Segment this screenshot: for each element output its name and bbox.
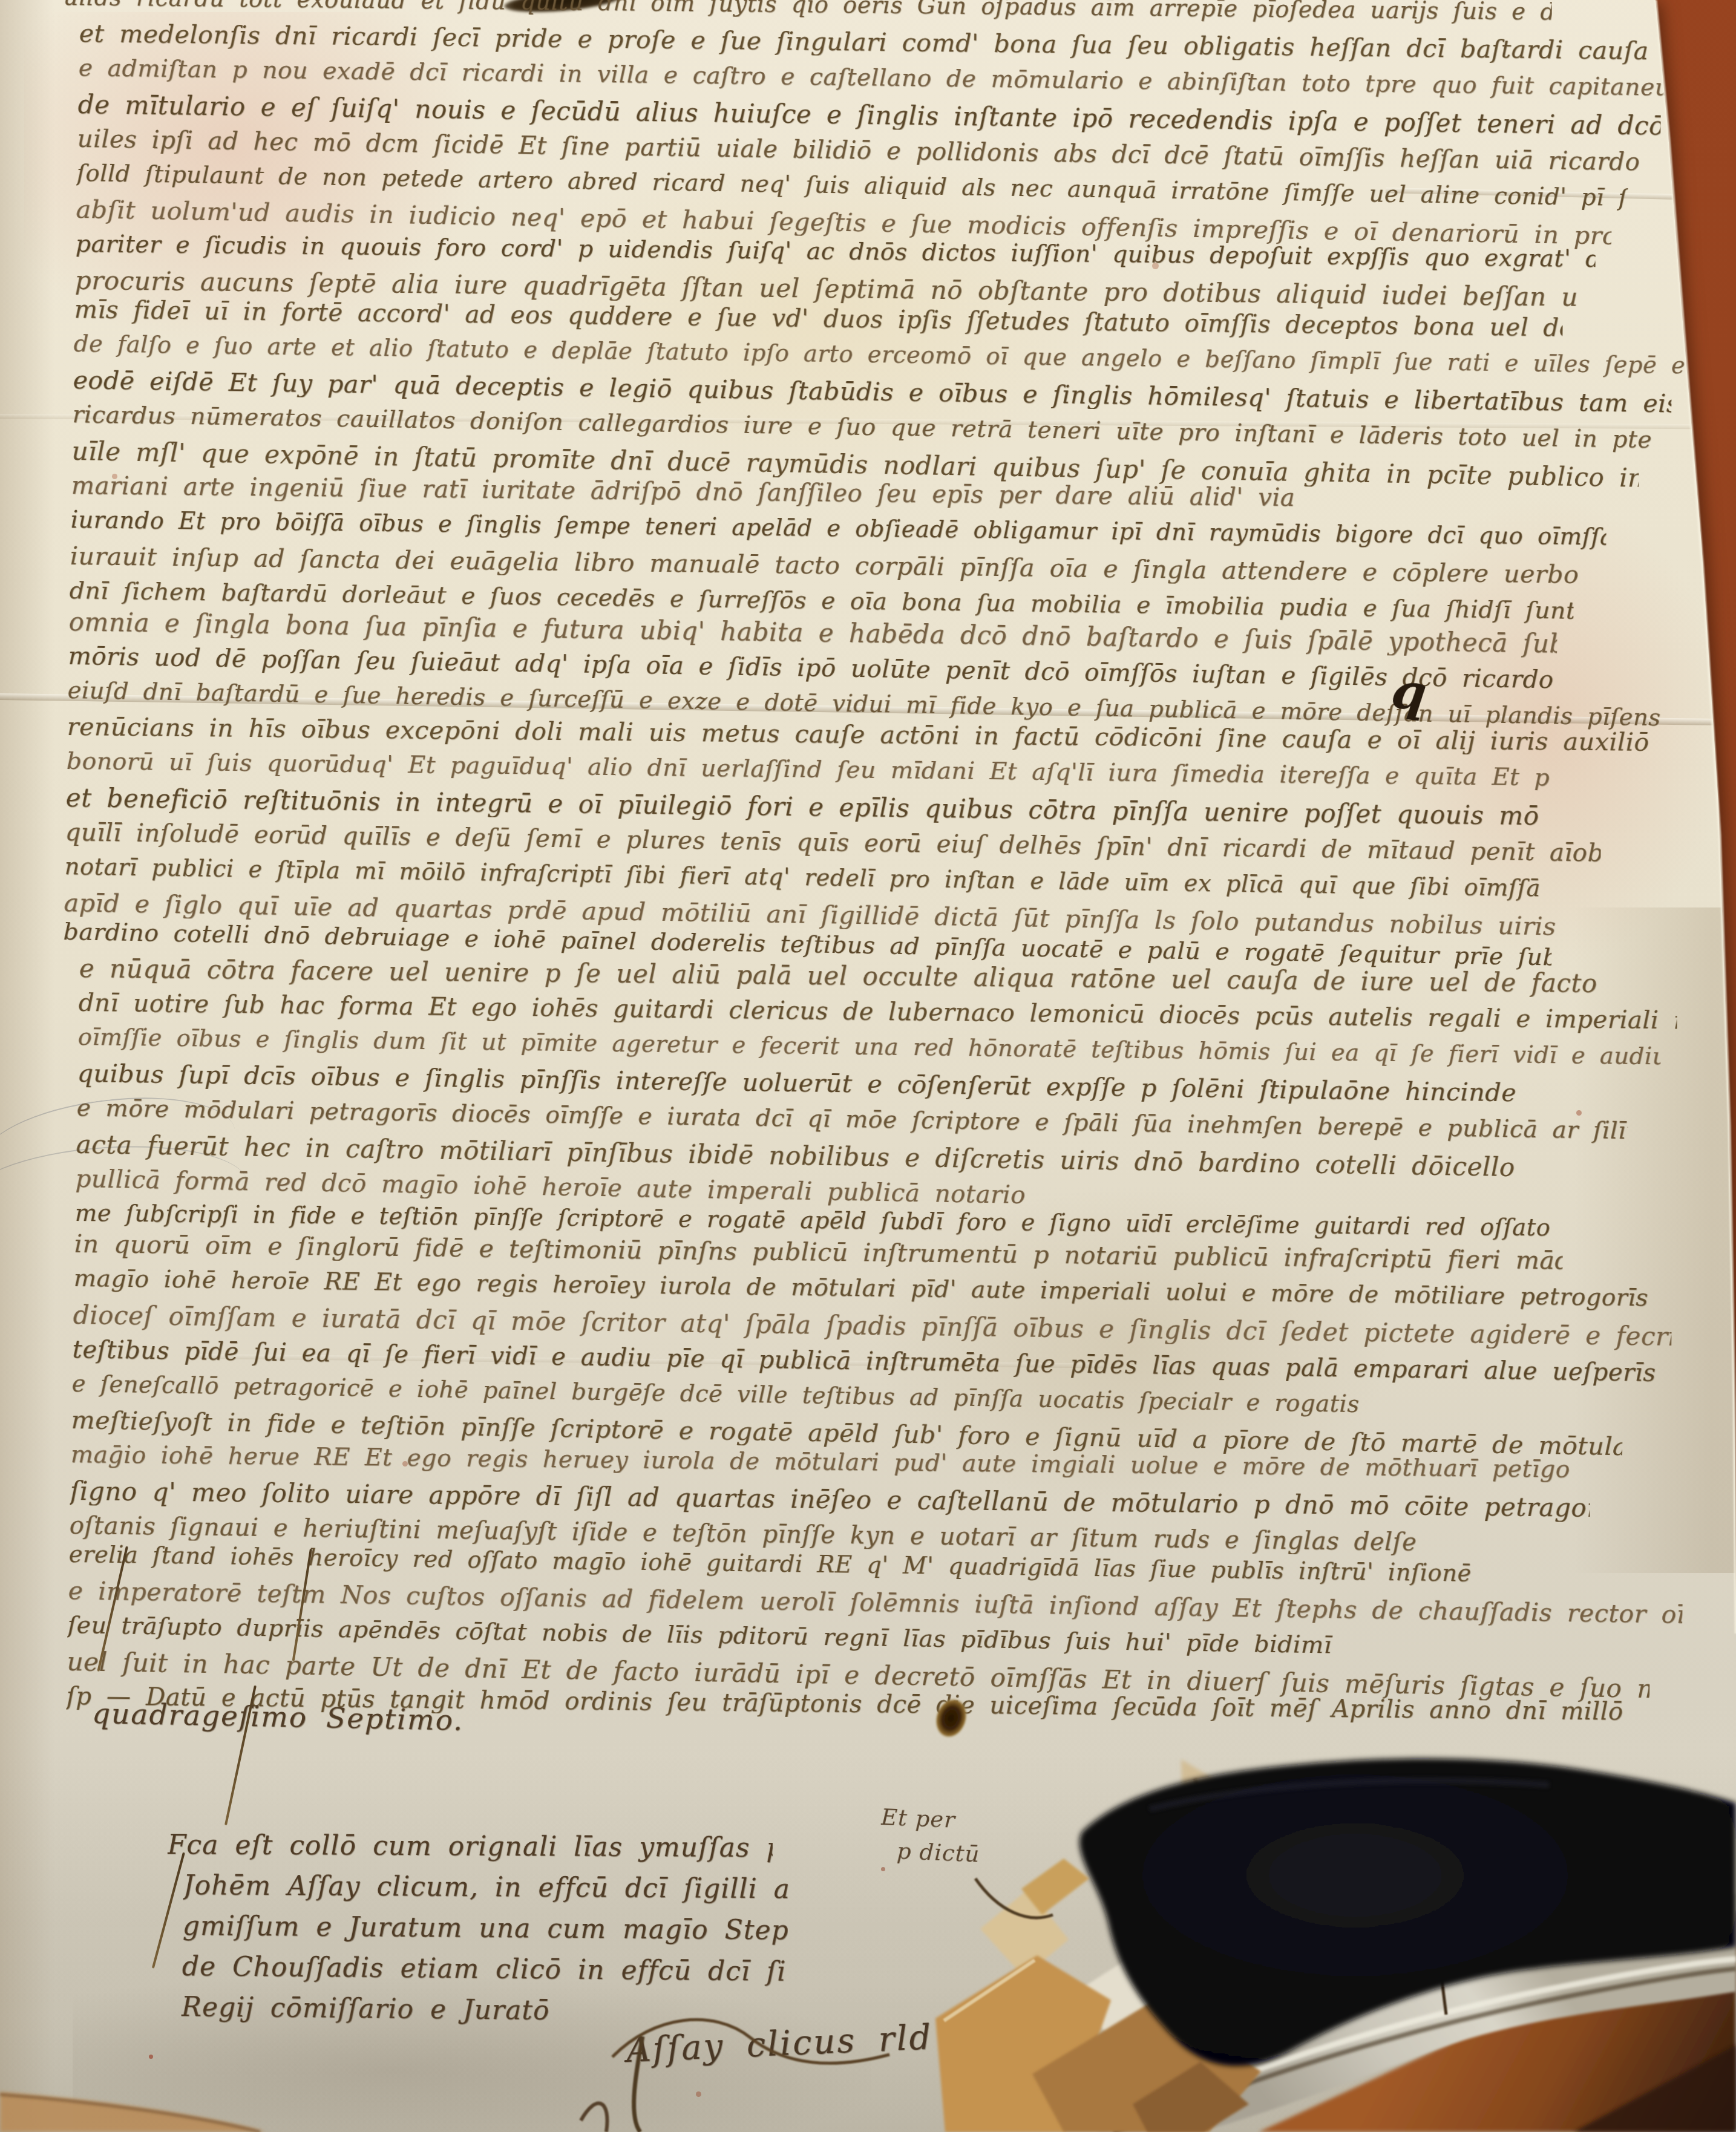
secondary-note-line: Et per <box>880 1804 1069 1837</box>
secondary-note-block: Et perp dictū <box>0 0 1736 2132</box>
parchment-sheet: uilds ricardū tott exoulaud et ſidū quit… <box>0 0 1736 2132</box>
photograph: uilds ricardū tott exoulaud et ſidū quit… <box>0 0 1736 2132</box>
parchment-shadow-wrap: uilds ricardū tott exoulaud et ſidū quit… <box>0 0 1736 2132</box>
secondary-note-line: p dictū <box>896 1838 1085 1872</box>
